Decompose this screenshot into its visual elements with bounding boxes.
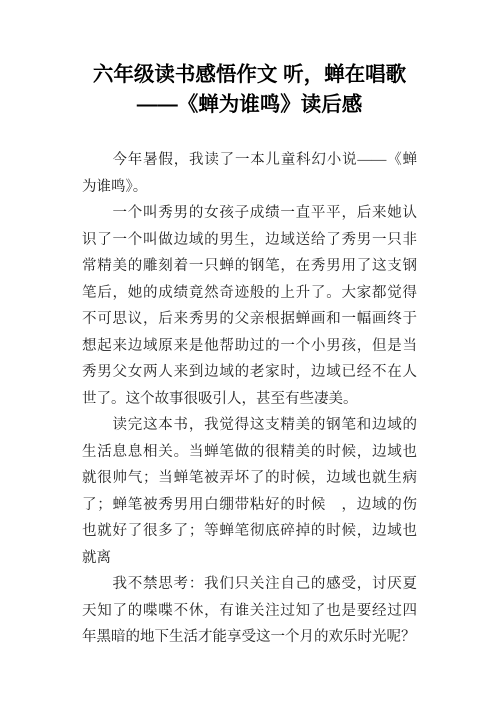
paragraph-line: 就离 — [82, 545, 417, 572]
paragraph-line: 世了。这个故事很吸引人，甚至有些凄美。 — [82, 386, 417, 413]
paragraph: 我不禁思考：我们只关注自己的感受，讨厌夏 天知了的喋喋不休，有谁关注过知了也是要… — [82, 571, 417, 651]
paragraph-line: 识了一个叫做边域的男生，边域送给了秀男一只非 — [82, 227, 417, 254]
paragraph-line: 天知了的喋喋不休，有谁关注过知了也是要经过四 — [82, 598, 417, 625]
essay-title: 六年级读书感悟作文 听，蝉在唱歌 ——《蝉为谁鸣》读后感 — [0, 60, 499, 120]
paragraph-line: 生活息息相关。当蝉笔做的很精美的时候，边域也 — [82, 439, 417, 466]
paragraph: 一个叫秀男的女孩子成绩一直平平，后来她认 识了一个叫做边域的男生，边域送给了秀男… — [82, 200, 417, 412]
paragraph: 读完这本书，我觉得这支精美的钢笔和边域的 生活息息相关。当蝉笔做的很精美的时候，… — [82, 412, 417, 571]
title-line-1: 六年级读书感悟作文 听，蝉在唱歌 — [0, 60, 499, 90]
paragraph-line: 就很帅气；当蝉笔被弄坏了的时候，边域也就生病 — [82, 465, 417, 492]
paragraph-line: 想起来边域原来是他帮助过的一个小男孩，但是当 — [82, 333, 417, 360]
paragraph-line: 今年暑假，我读了一本儿童科幻小说——《蝉 — [82, 147, 417, 174]
paragraph-line: 常精美的雕刻着一只蝉的钢笔，在秀男用了这支钢 — [82, 253, 417, 280]
paragraph-line: 秀男父女两人来到边域的老家时，边域已经不在人 — [82, 359, 417, 386]
paragraph: 今年暑假，我读了一本儿童科幻小说——《蝉 为谁鸣》。 — [82, 147, 417, 200]
paragraph-line: 读完这本书，我觉得这支精美的钢笔和边域的 — [82, 412, 417, 439]
paragraph-line: 也就好了很多了；等蝉笔彻底碎掉的时候，边域也 — [82, 518, 417, 545]
paragraph-line: 年黑暗的地下生活才能享受这一个月的欢乐时光呢？ — [82, 624, 417, 651]
paragraph-line: 笔后，她的成绩竟然奇迹般的上升了。大家都觉得 — [82, 280, 417, 307]
paragraph-line: 不可思议，后来秀男的父亲根据蝉画和一幅画终于 — [82, 306, 417, 333]
paragraph-line: 我不禁思考：我们只关注自己的感受，讨厌夏 — [82, 571, 417, 598]
paragraph-line: 一个叫秀男的女孩子成绩一直平平，后来她认 — [82, 200, 417, 227]
paragraph-line: 了；蝉笔被秀男用白绷带粘好的时候 ，边域的伤 — [82, 492, 417, 519]
document-page: 六年级读书感悟作文 听，蝉在唱歌 ——《蝉为谁鸣》读后感 今年暑假，我读了一本儿… — [0, 0, 499, 706]
paragraph-line: 为谁鸣》。 — [82, 174, 417, 201]
title-line-2: ——《蝉为谁鸣》读后感 — [0, 90, 499, 120]
essay-body: 今年暑假，我读了一本儿童科幻小说——《蝉 为谁鸣》。 一个叫秀男的女孩子成绩一直… — [82, 147, 417, 651]
